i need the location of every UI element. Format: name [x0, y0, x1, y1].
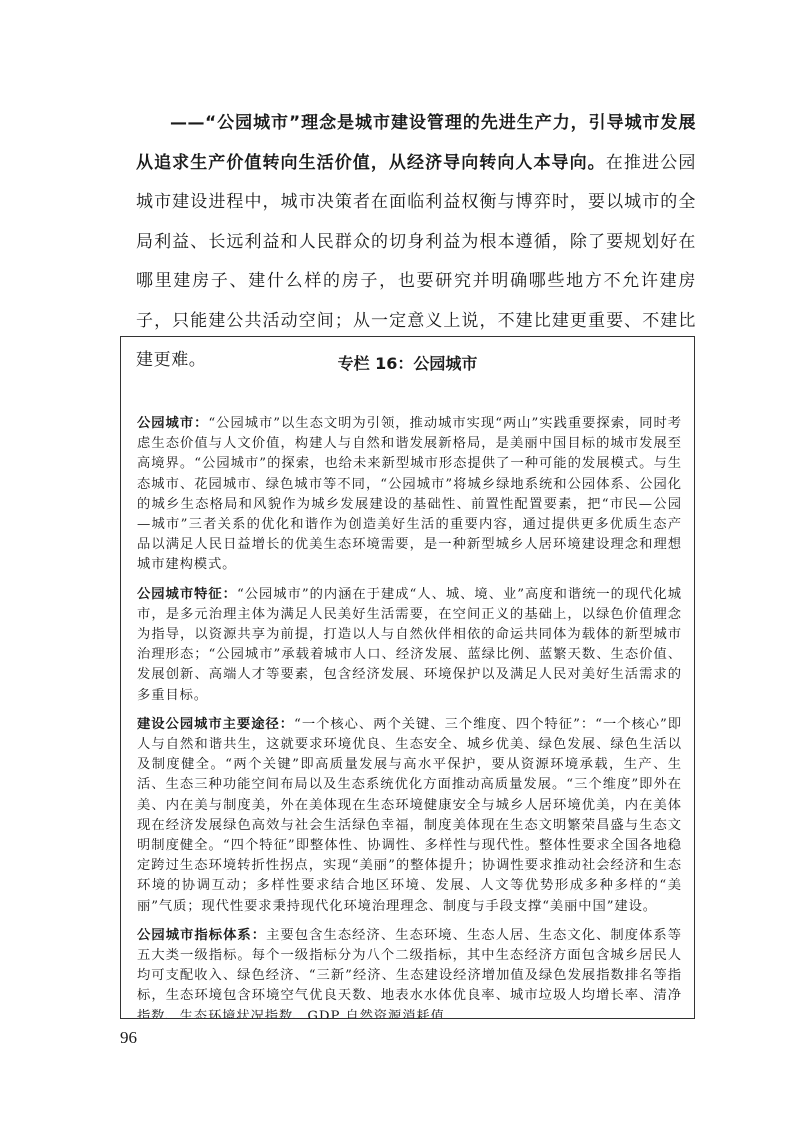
- box-title: 专栏 16：公园城市: [121, 351, 694, 374]
- box-paragraph-approaches: 建设公园城市主要途径：“一个核心、两个关键、三个维度、四个特征”：“一个核心”即…: [137, 715, 682, 917]
- box-paragraph-definition: 公园城市：“公园城市”以生态文明为引领，推动城市实现“两山”实践重要探索，同时考…: [137, 414, 682, 576]
- paragraph-heading: 建设公园城市主要途径：: [137, 717, 294, 732]
- box-body: 公园城市：“公园城市”以生态文明为引领，推动城市实现“两山”实践重要探索，同时考…: [137, 414, 682, 1019]
- page-number: 96: [120, 1028, 137, 1048]
- paragraph-text: “公园城市”的内涵在于建成“人、城、境、业”高度和谐统一的现代化城市，是多元治理…: [137, 587, 682, 703]
- paragraph-heading: 公园城市指标体系：: [137, 928, 266, 943]
- sidebar-box-park-city: 专栏 16：公园城市 公园城市：“公园城市”以生态文明为引领，推动城市实现“两山…: [120, 336, 695, 1019]
- paragraph-heading: 公园城市特征：: [137, 587, 237, 602]
- box-paragraph-features: 公园城市特征：“公园城市”的内涵在于建成“人、城、境、业”高度和谐统一的现代化城…: [137, 585, 682, 706]
- paragraph-heading: 公园城市：: [137, 416, 208, 431]
- box-paragraph-indicators: 公园城市指标体系：主要包含生态经济、生态环境、生态人居、生态文化、制度体系等五大…: [137, 926, 682, 1019]
- paragraph-text: “公园城市”以生态文明为引领，推动城市实现“两山”实践重要探索，同时考虑生态价值…: [137, 416, 682, 572]
- paragraph-text: “一个核心、两个关键、三个维度、四个特征”：“一个核心”即人与自然和谐共生，这就…: [137, 717, 682, 914]
